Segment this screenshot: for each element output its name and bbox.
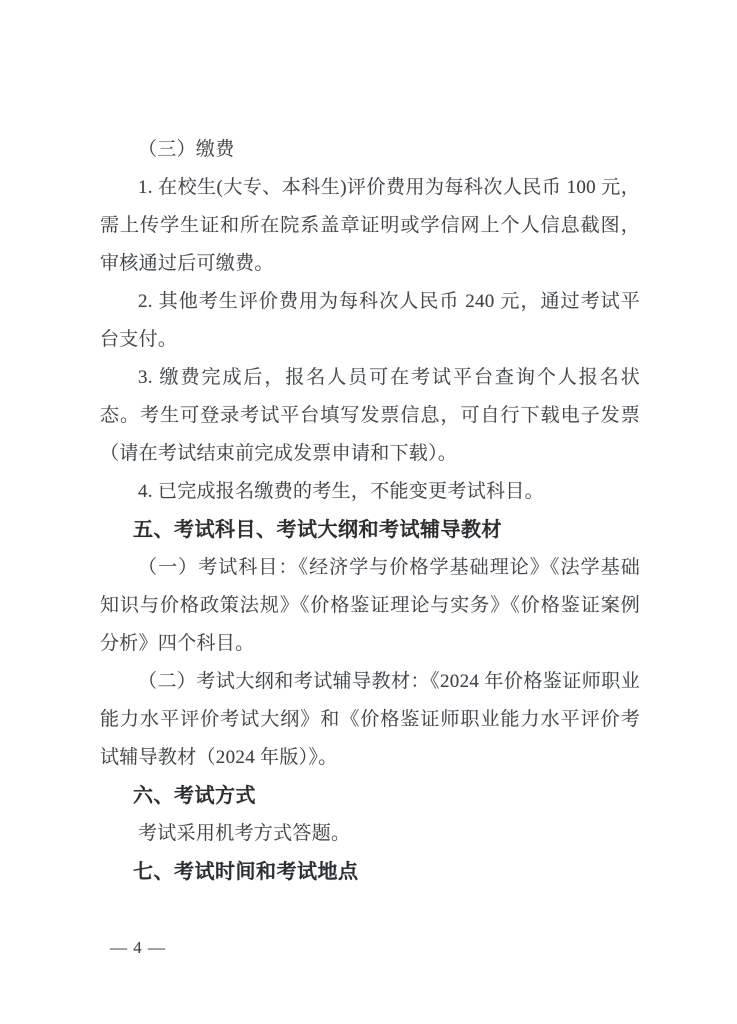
page-number: — 4 — bbox=[110, 938, 166, 958]
paragraph-exam-subjects: （一）考试科目：《经济学与价格学基础理论》《法学基础知识与价格政策法规》《价格鉴… bbox=[100, 549, 640, 663]
document-page: （三）缴费 1. 在校生(大专、本科生)评价费用为每科次人民币 100 元，需上… bbox=[0, 0, 737, 1024]
subsection-heading-payment: （三）缴费 bbox=[100, 131, 640, 169]
section-heading-5-exam-subjects: 五、考试科目、考试大纲和考试辅导教材 bbox=[100, 511, 640, 549]
paragraph-payment-item-2: 2. 其他考生评价费用为每科次人民币 240 元，通过考试平台支付。 bbox=[100, 283, 640, 359]
paragraph-payment-item-1: 1. 在校生(大专、本科生)评价费用为每科次人民币 100 元，需上传学生证和所… bbox=[100, 169, 640, 283]
document-content: （三）缴费 1. 在校生(大专、本科生)评价费用为每科次人民币 100 元，需上… bbox=[100, 131, 640, 891]
paragraph-exam-outline-materials: （二）考试大纲和考试辅导教材：《2024 年价格鉴证师职业能力水平评价考试大纲》… bbox=[100, 663, 640, 777]
section-heading-7-exam-time-location: 七、考试时间和考试地点 bbox=[100, 853, 640, 891]
section-heading-6-exam-method: 六、考试方式 bbox=[100, 777, 640, 815]
paragraph-exam-method: 考试采用机考方式答题。 bbox=[100, 815, 640, 853]
paragraph-payment-item-3: 3. 缴费完成后，报名人员可在考试平台查询个人报名状态。考生可登录考试平台填写发… bbox=[100, 359, 640, 473]
paragraph-payment-item-4: 4. 已完成报名缴费的考生，不能变更考试科目。 bbox=[100, 473, 640, 511]
